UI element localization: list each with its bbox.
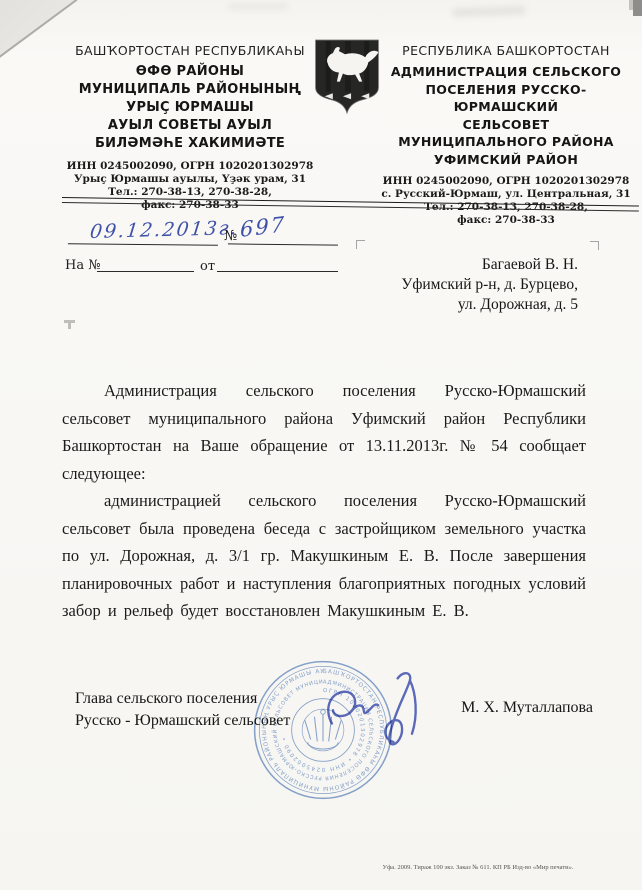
address-line: с. Русский-Юрмаш, ул. Центральная, 31: [374, 188, 638, 201]
address-zone-corner-mark: [590, 241, 599, 250]
body-paragraph: Администрация сельского поселения Русско…: [62, 377, 586, 487]
addressee-block: Багаевой В. Н. Уфимский р-н, д. Бурцево,…: [352, 255, 578, 315]
margin-mark-artifact: [64, 320, 75, 331]
incoming-from-underline: [217, 258, 338, 272]
inn-ogrn-line: ИНН 0245002090, ОГРН 1020201302978: [374, 175, 638, 188]
letter-body: Администрация сельского поселения Русско…: [62, 377, 586, 625]
letterhead-left-org-line: ӨФӨ РАЙОНЫ: [55, 63, 325, 81]
letterhead-right-republic: РЕСПУБЛИКА БАШКОРТОСТАН: [374, 42, 638, 59]
letterhead-left-org-name: ӨФӨ РАЙОНЫ МУНИЦИПАЛЬ РАЙОНЫНЫҢ УРЫҪ ЮРМ…: [55, 63, 325, 153]
letterhead-left-org-line: УРЫҪ ЮРМАШЫ: [55, 99, 325, 117]
signer-name: М. Х. Муталлапова: [438, 699, 593, 717]
letterhead-left-org-line: МУНИЦИПАЛЬ РАЙОНЫНЫҢ: [55, 81, 325, 99]
letterhead-right-org-line: ПОСЕЛЕНИЯ РУССКО-ЮРМАШСКИЙ: [374, 81, 638, 116]
incoming-number-label: На №: [65, 258, 101, 273]
scan-edge-artifact-light: [629, 0, 633, 10]
incoming-from-label: от: [200, 259, 215, 274]
letterhead-left-org-line: БИЛӘМӘҺЕ ХАКИМИӘТЕ: [55, 135, 325, 153]
addressee-name: Багаевой В. Н.: [352, 255, 578, 275]
handwritten-signature-ink: [316, 664, 432, 782]
print-imprint-footer: Уфа. 2009. Тираж 100 экз. Заказ № 611. К…: [370, 863, 586, 870]
coat-of-arms-horse-shield-icon: [311, 37, 383, 116]
incoming-number-underline: [97, 258, 194, 272]
letterhead-right-details: ИНН 0245002090, ОГРН 1020201302978 с. Ру…: [374, 175, 638, 227]
addressee-district: Уфимский р-н, д. Бурцево,: [352, 275, 578, 295]
letterhead-left-org-line: АУЫЛ СОВЕТЫ АУЫЛ: [55, 117, 325, 135]
letterhead-left-column: БАШҠОРТОСТАН РЕСПУБЛИКАҺЫ ӨФӨ РАЙОНЫ МУН…: [55, 42, 325, 212]
scan-smudge: [452, 6, 526, 18]
body-paragraph: администрацией сельского поселения Русск…: [62, 487, 586, 625]
scan-smudge: [228, 3, 288, 10]
letterhead-right-column: РЕСПУБЛИКА БАШКОРТОСТАН АДМИНИСТРАЦИЯ СЕ…: [374, 42, 638, 227]
address-line: Урыҫ Юрмашы ауылы, Үҙәк урам, 31: [55, 173, 325, 186]
fax-line: факс: 270-38-33: [374, 214, 638, 227]
letterhead-right-org-line: МУНИЦИПАЛЬНОГО РАЙОНА: [374, 133, 638, 151]
letterhead-left-republic: БАШҠОРТОСТАН РЕСПУБЛИКАҺЫ: [55, 42, 325, 59]
letterhead-right-org-line: СЕЛЬСОВЕТ: [374, 116, 638, 134]
scanned-letter-page: { "colors": { "page_bg": "#f7f6f2", "tex…: [0, 0, 642, 890]
scan-edge-artifact: [633, 0, 642, 16]
inn-ogrn-line: ИНН 0245002090, ОГРН 1020201302978: [55, 160, 325, 173]
address-zone-corner-mark: [356, 240, 365, 249]
number-underline: [228, 230, 338, 245]
letterhead-right-org-line: АДМИНИСТРАЦИЯ СЕЛЬСКОГО: [374, 63, 638, 81]
letterhead-right-org-line: УФИМСКИЙ РАЙОН: [374, 151, 638, 169]
addressee-street: ул. Дорожная, д. 5: [352, 295, 578, 315]
letterhead-right-org-name: АДМИНИСТРАЦИЯ СЕЛЬСКОГО ПОСЕЛЕНИЯ РУССКО…: [374, 63, 638, 168]
date-underline: [68, 230, 218, 246]
